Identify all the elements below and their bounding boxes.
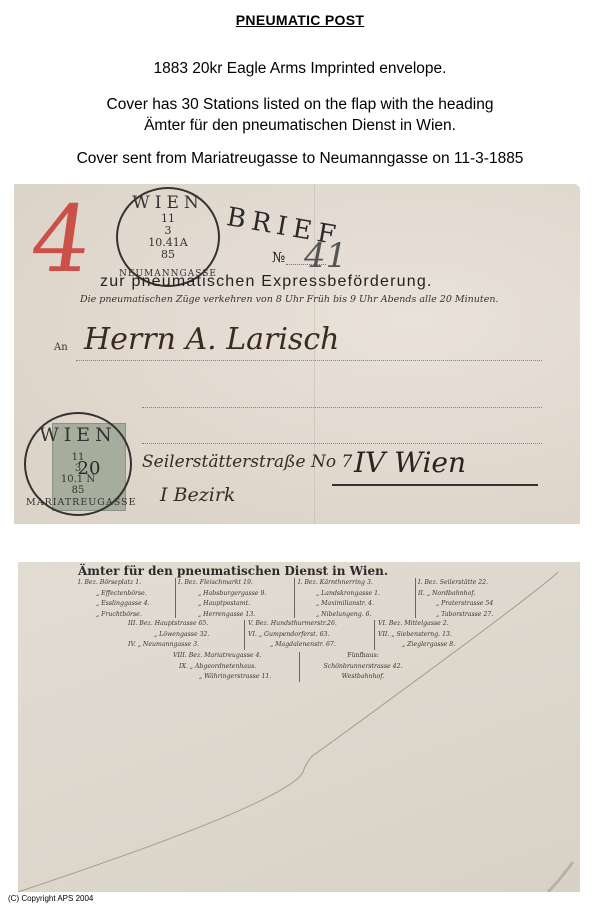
district-handwriting: I Bezirk (160, 484, 235, 506)
city-handwriting: IV Wien (354, 446, 466, 479)
red-crayon-mark: 4 (26, 194, 97, 286)
an-label: An (54, 342, 68, 353)
express-subtitle: zur pneumatischen Expressbeförderung. (100, 273, 433, 291)
envelope-front-image: 4 WIEN 11 3 10.41A 85 NEUMANNGASSE BRIEF… (14, 184, 580, 524)
description-line-2: Cover has 30 Stations listed on the flap… (0, 96, 600, 114)
stations-heading: Ämter für den pneumatischen Dienst in Wi… (18, 564, 448, 578)
schedule-note: Die pneumatischen Züge verkehren von 8 U… (80, 294, 498, 305)
station-column: I. Bez. Fleischmarkt 19.„ Habsburgergass… (178, 578, 266, 620)
number-label: № (272, 250, 285, 266)
station-column: I. Bez. Seilerstätte 22.II. „ Nordbahnho… (418, 578, 493, 620)
station-column: I. Bez. Kärnthnerring 3.„ Landskrongasse… (298, 578, 380, 620)
city-underline (332, 484, 538, 486)
handwritten-number: 41 (304, 236, 347, 276)
addressee-handwriting: Herrn A. Larisch (84, 322, 339, 357)
page-title: PNEUMATIC POST (0, 12, 600, 28)
address-line-2 (142, 407, 542, 408)
station-column: I. Bez. Börseplatz 1.„ Effectenbörse.„ E… (78, 578, 149, 620)
station-column: III. Bez. Hauptstrasse 65.„ Löwengasse 3… (128, 619, 209, 651)
envelope-back-image: Ämter für den pneumatischen Dienst in Wi… (18, 562, 580, 892)
street-handwriting: Seilerstätterstraße No 7 (142, 452, 352, 472)
station-column: Fünfhaus:Schönbrunnerstrasse 42.Westbahn… (308, 651, 418, 683)
arrival-postmark: WIEN 11 3 10.41A 85 NEUMANNGASSE (116, 187, 220, 287)
description-line-4: Cover sent from Mariatreugasse to Neuman… (0, 150, 600, 168)
departure-postmark: WIEN 11 3 10.1 N 85 MARIATREUGASSE (24, 412, 132, 516)
station-column: VIII. Bez. Mariatreugasse 4.IX. „ Abgeor… (173, 651, 271, 683)
copyright-notice: (C) Copyright APS 2004 (8, 894, 93, 903)
description-line-1: 1883 20kr Eagle Arms Imprinted envelope. (0, 60, 600, 78)
address-line-3 (142, 443, 542, 444)
address-line-1 (76, 360, 542, 361)
station-column: V. Bez. Hundsthurmerstr.26.VI. „ Gumpend… (248, 619, 337, 651)
station-column: VI. Bez. Mittelgasse 2.VII. „ Siebenster… (378, 619, 455, 651)
description-line-3: Ämter für den pneumatischen Dienst in Wi… (0, 117, 600, 135)
